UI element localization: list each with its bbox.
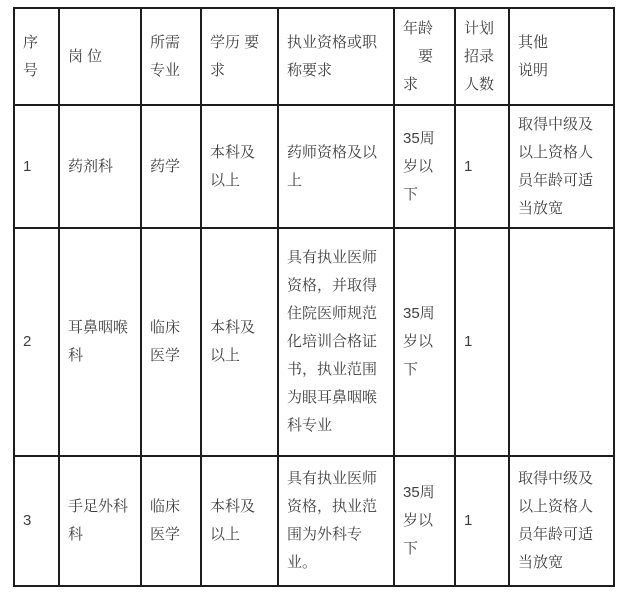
cell-serial: 1 bbox=[14, 105, 59, 228]
cell-education: 本科及 以上 bbox=[201, 456, 278, 586]
cell-age: 35周 岁以 下 bbox=[394, 105, 455, 228]
header-row: 序 号 岗 位 所需 专业 学历 要 求 执业资格或职 称要求 年龄 要 求 计… bbox=[14, 8, 614, 105]
table-row: 2 耳鼻咽喉 科 临床 医学 本科及 以上 具有执业医师 资格，并取得 住院医师… bbox=[14, 228, 614, 456]
cell-qualification: 具有执业医师 资格，执业范 围为外科专 业。 bbox=[278, 456, 394, 586]
cell-position: 手足外科 科 bbox=[59, 456, 141, 586]
cell-headcount: 1 bbox=[455, 228, 509, 456]
page: 序 号 岗 位 所需 专业 学历 要 求 执业资格或职 称要求 年龄 要 求 计… bbox=[0, 0, 638, 597]
column-header-education: 学历 要 求 bbox=[201, 8, 278, 105]
cell-qualification: 药师资格及以 上 bbox=[278, 105, 394, 228]
cell-position: 耳鼻咽喉 科 bbox=[59, 228, 141, 456]
column-header-qualification: 执业资格或职 称要求 bbox=[278, 8, 394, 105]
cell-notes: 取得中级及 以上资格人 员年龄可适 当放宽 bbox=[509, 456, 614, 586]
cell-age: 35周 岁以 下 bbox=[394, 228, 455, 456]
column-header-serial: 序 号 bbox=[14, 8, 59, 105]
cell-serial: 2 bbox=[14, 228, 59, 456]
cell-major: 药学 bbox=[141, 105, 201, 228]
column-header-age: 年龄 要 求 bbox=[394, 8, 455, 105]
recruitment-table: 序 号 岗 位 所需 专业 学历 要 求 执业资格或职 称要求 年龄 要 求 计… bbox=[13, 7, 615, 587]
column-header-major: 所需 专业 bbox=[141, 8, 201, 105]
column-header-notes: 其他 说明 bbox=[509, 8, 614, 105]
cell-education: 本科及 以上 bbox=[201, 105, 278, 228]
cell-major: 临床 医学 bbox=[141, 228, 201, 456]
table-row: 3 手足外科 科 临床 医学 本科及 以上 具有执业医师 资格，执业范 围为外科… bbox=[14, 456, 614, 586]
cell-headcount: 1 bbox=[455, 105, 509, 228]
cell-notes: 取得中级及 以上资格人 员年龄可适 当放宽 bbox=[509, 105, 614, 228]
table-row: 1 药剂科 药学 本科及 以上 药师资格及以 上 35周 岁以 下 1 取得中级… bbox=[14, 105, 614, 228]
cell-education: 本科及 以上 bbox=[201, 228, 278, 456]
column-header-position: 岗 位 bbox=[59, 8, 141, 105]
cell-qualification: 具有执业医师 资格，并取得 住院医师规范 化培训合格证 书，执业范围 为眼耳鼻咽… bbox=[278, 228, 394, 456]
cell-headcount: 1 bbox=[455, 456, 509, 586]
cell-age: 35周 岁以 下 bbox=[394, 456, 455, 586]
cell-position: 药剂科 bbox=[59, 105, 141, 228]
cell-notes bbox=[509, 228, 614, 456]
cell-major: 临床 医学 bbox=[141, 456, 201, 586]
cell-serial: 3 bbox=[14, 456, 59, 586]
column-header-headcount: 计划 招录 人数 bbox=[455, 8, 509, 105]
